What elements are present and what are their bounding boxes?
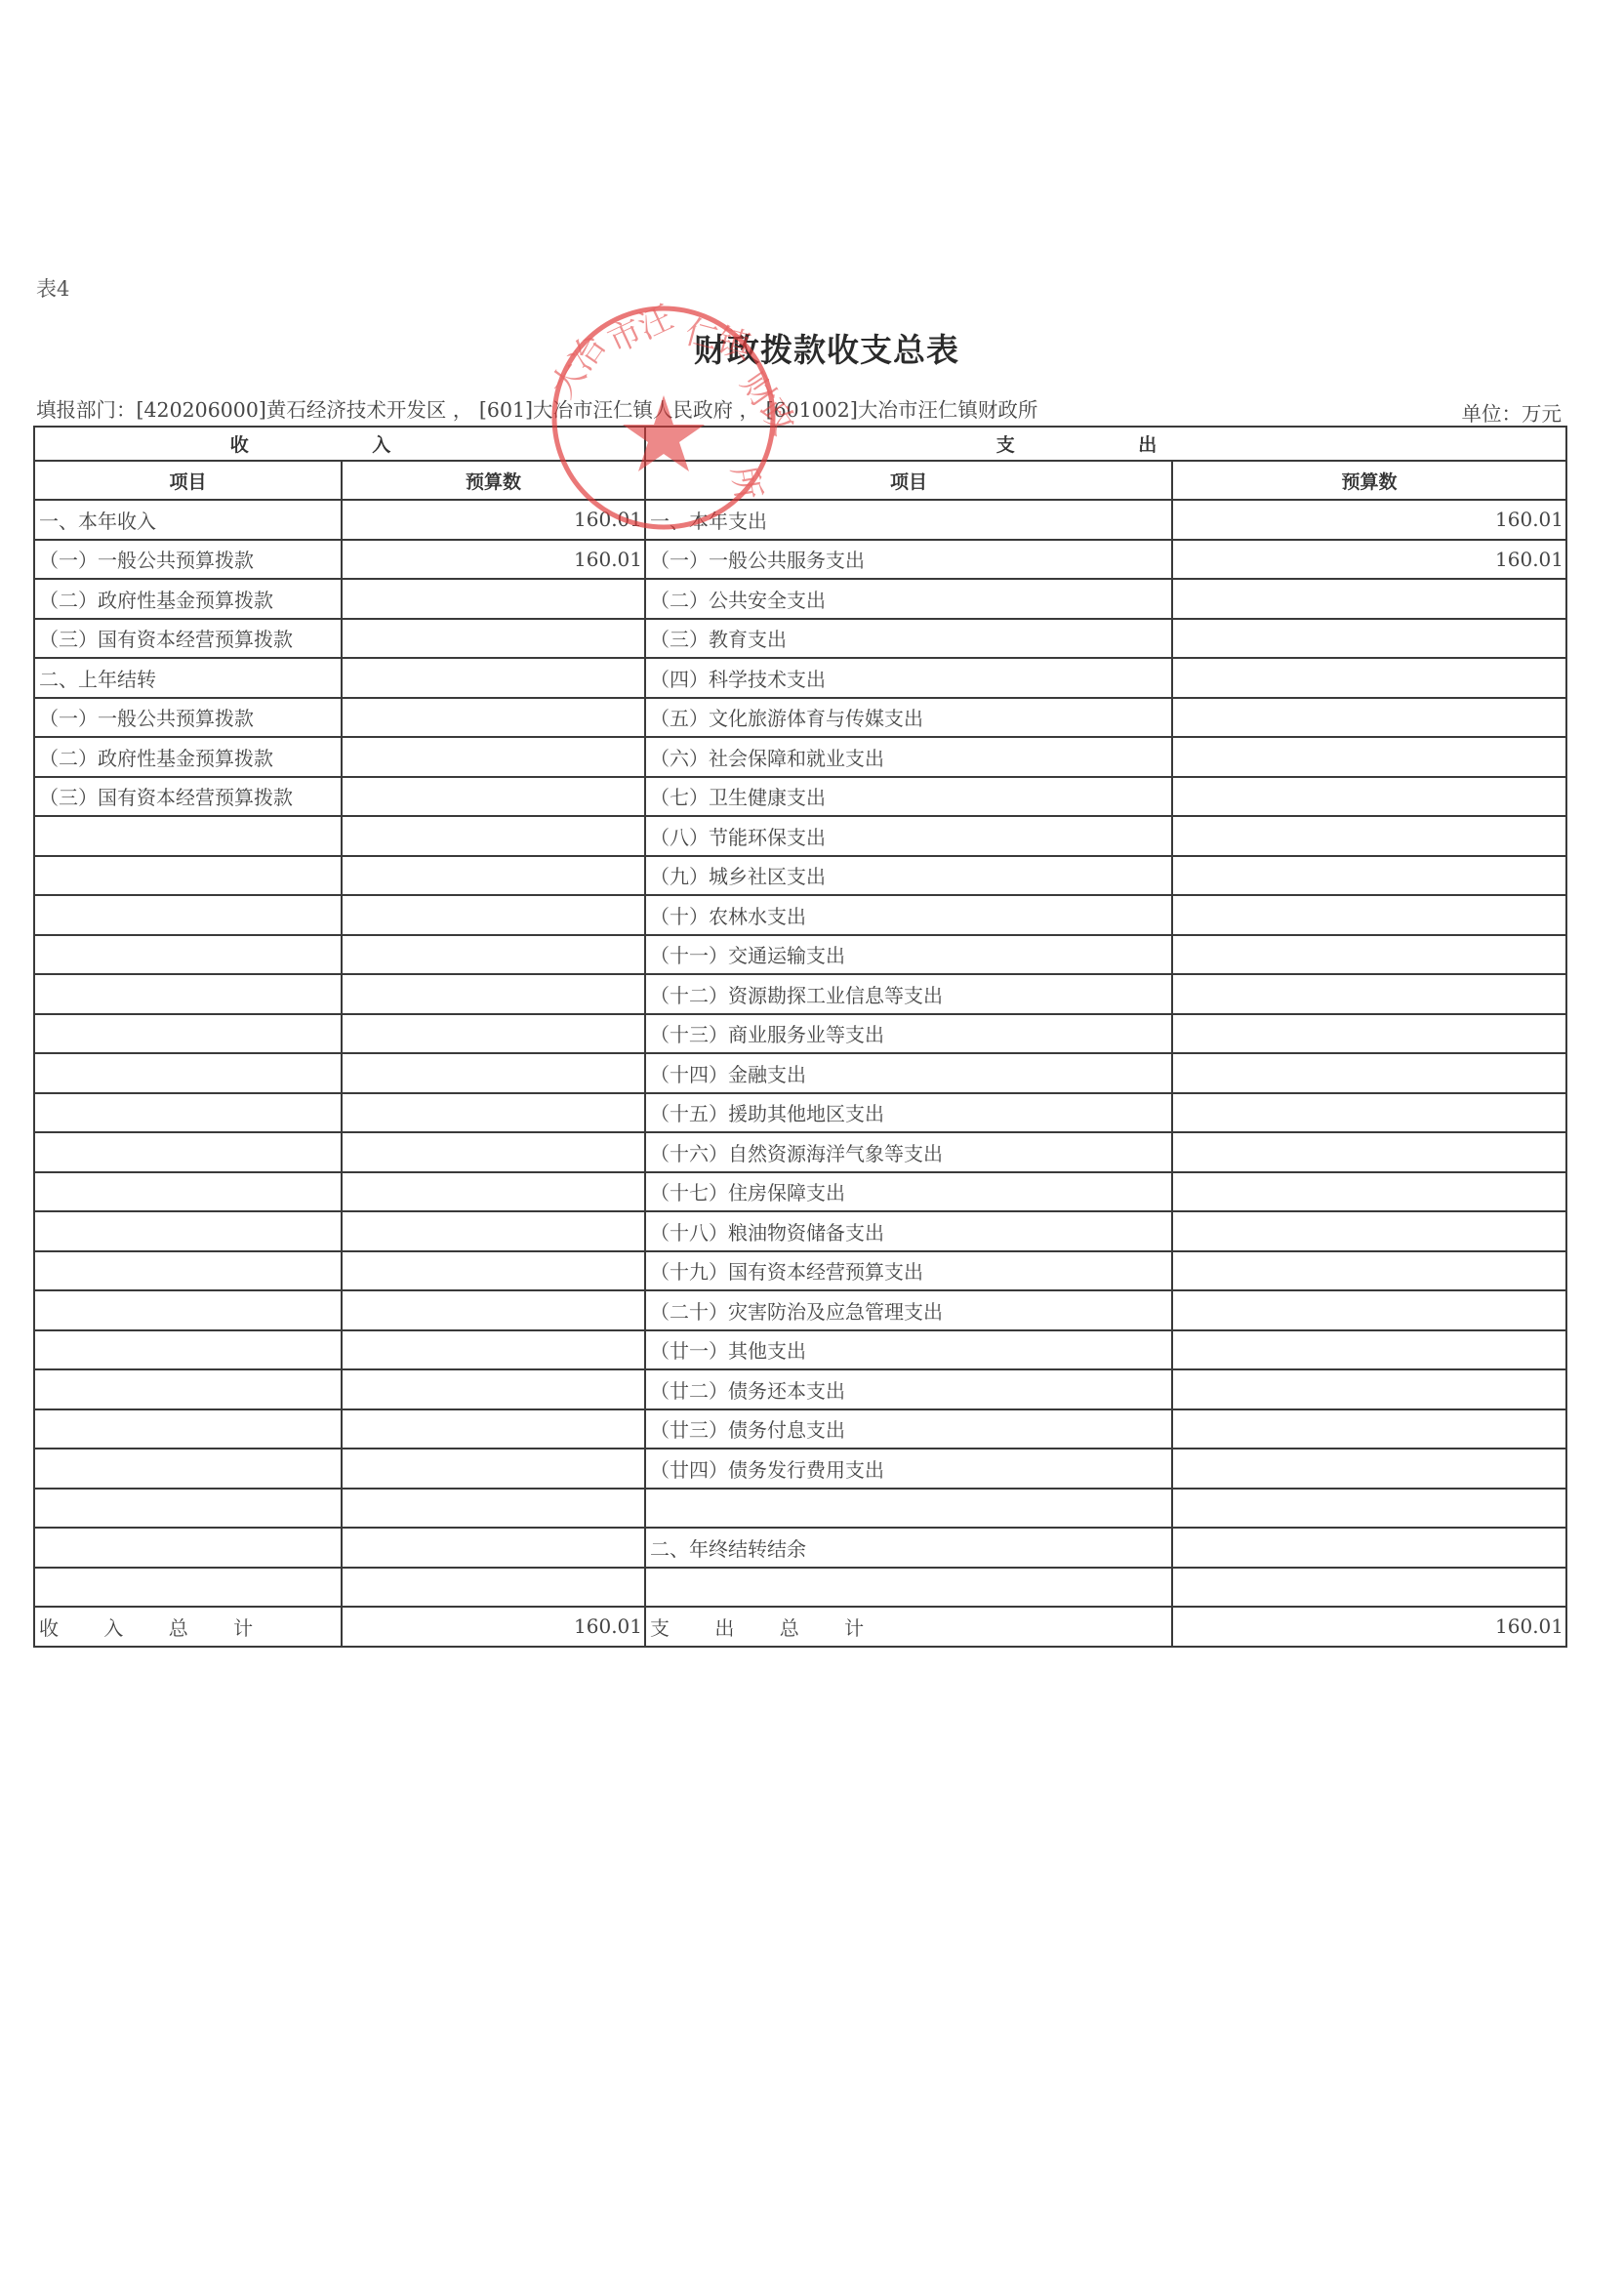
table-row: （十四）金融支出 — [34, 1053, 1566, 1093]
table-row: （十七）住房保障支出 — [34, 1172, 1566, 1212]
table-row: （十二）资源勘探工业信息等支出 — [34, 974, 1566, 1014]
income-item-cell: （二）政府性基金预算拨款 — [34, 737, 342, 777]
table-number: 表4 — [36, 273, 69, 303]
income-value-cell — [342, 619, 645, 659]
income-value-cell — [342, 1290, 645, 1330]
table-row: （二）政府性基金预算拨款（六）社会保障和就业支出 — [34, 737, 1566, 777]
expense-value-cell — [1172, 1489, 1566, 1529]
income-value-cell — [342, 1449, 645, 1489]
income-item-cell — [34, 1290, 342, 1330]
unit-label: 单位：万元 — [1462, 397, 1563, 427]
expense-value-cell — [1172, 698, 1566, 738]
expense-item-cell: （七）卫生健康支出 — [645, 777, 1172, 817]
expense-value-cell — [1172, 1014, 1566, 1054]
reporting-department: 填报部门：[420206000]黄石经济技术开发区 ， [601]大冶市汪仁镇人… — [36, 393, 1037, 423]
expense-item-cell: （二十）灾害防治及应急管理支出 — [645, 1290, 1172, 1330]
expense-value-cell — [1172, 1369, 1566, 1409]
expense-value-cell: 160.01 — [1172, 500, 1566, 540]
income-item-cell — [34, 856, 342, 896]
income-item-cell: （三）国有资本经营预算拨款 — [34, 777, 342, 817]
income-item-cell: 一、本年收入 — [34, 500, 342, 540]
table-row: （三）国有资本经营预算拨款（七）卫生健康支出 — [34, 777, 1566, 817]
income-value-cell — [342, 856, 645, 896]
expense-value-cell — [1172, 1449, 1566, 1489]
table-row: （十）农林水支出 — [34, 895, 1566, 935]
expense-item-cell — [645, 1489, 1172, 1529]
expense-item-cell: （十一）交通运输支出 — [645, 935, 1172, 975]
column-header-row: 项目 预算数 项目 预算数 — [34, 461, 1566, 500]
total-row: 收 入 总 计160.01支 出 总 计160.01 — [34, 1607, 1566, 1647]
expense-value-cell — [1172, 579, 1566, 619]
table-row — [34, 1489, 1566, 1529]
table-row: （廿四）债务发行费用支出 — [34, 1449, 1566, 1489]
expense-value-cell — [1172, 619, 1566, 659]
expense-value-cell — [1172, 1053, 1566, 1093]
income-value-cell — [342, 935, 645, 975]
income-value-cell — [342, 579, 645, 619]
expense-value-cell — [1172, 1251, 1566, 1291]
table-row: （廿一）其他支出 — [34, 1330, 1566, 1370]
table-row — [34, 1568, 1566, 1608]
expense-item-cell: （廿三）债务付息支出 — [645, 1409, 1172, 1449]
expense-total-label: 支 出 总 计 — [645, 1607, 1172, 1647]
income-value-cell — [342, 1369, 645, 1409]
table-row: 一、本年收入160.01一、本年支出160.01 — [34, 500, 1566, 540]
expense-item-cell: （十九）国有资本经营预算支出 — [645, 1251, 1172, 1291]
expense-item-cell: （六）社会保障和就业支出 — [645, 737, 1172, 777]
income-item-cell — [34, 1211, 342, 1251]
expense-section-header: 支 出 — [645, 427, 1566, 461]
expense-value-cell — [1172, 737, 1566, 777]
page-title: 财政拨款收支总表 — [0, 325, 1624, 371]
appropriation-summary-table: 收 入 支 出 项目 预算数 项目 预算数 一、本年收入160.01一、本年支出… — [33, 426, 1567, 1648]
income-value-cell — [342, 1132, 645, 1172]
income-item-cell: 二、上年结转 — [34, 658, 342, 698]
expense-item-cell: 二、年终结转结余 — [645, 1528, 1172, 1568]
table-row: （廿二）债务还本支出 — [34, 1369, 1566, 1409]
income-item-cell — [34, 1330, 342, 1370]
income-item-cell — [34, 1409, 342, 1449]
income-value-cell — [342, 1093, 645, 1133]
expense-value-cell — [1172, 1132, 1566, 1172]
income-value-cell: 160.01 — [342, 500, 645, 540]
expense-item-cell: （九）城乡社区支出 — [645, 856, 1172, 896]
expense-value-cell: 160.01 — [1172, 540, 1566, 580]
income-item-cell — [34, 935, 342, 975]
expense-value-cell — [1172, 816, 1566, 856]
income-budget-header: 预算数 — [342, 461, 645, 500]
expense-item-cell: （十二）资源勘探工业信息等支出 — [645, 974, 1172, 1014]
table-row: （二）政府性基金预算拨款（二）公共安全支出 — [34, 579, 1566, 619]
expense-value-cell — [1172, 1093, 1566, 1133]
income-value-cell — [342, 1251, 645, 1291]
expense-item-cell: （十七）住房保障支出 — [645, 1172, 1172, 1212]
income-item-header: 项目 — [34, 461, 342, 500]
expense-value-cell — [1172, 777, 1566, 817]
expense-value-cell — [1172, 1211, 1566, 1251]
expense-item-cell: （一）一般公共服务支出 — [645, 540, 1172, 580]
table-row: （一）一般公共预算拨款（五）文化旅游体育与传媒支出 — [34, 698, 1566, 738]
income-item-cell — [34, 1172, 342, 1212]
income-value-cell — [342, 1172, 645, 1212]
income-item-cell: （二）政府性基金预算拨款 — [34, 579, 342, 619]
table-row: 二、年终结转结余 — [34, 1528, 1566, 1568]
income-value-cell — [342, 1330, 645, 1370]
income-item-cell: （一）一般公共预算拨款 — [34, 540, 342, 580]
income-item-cell — [34, 1053, 342, 1093]
expense-item-cell: （廿四）债务发行费用支出 — [645, 1449, 1172, 1489]
expense-total-value: 160.01 — [1172, 1607, 1566, 1647]
table-row: （十一）交通运输支出 — [34, 935, 1566, 975]
expense-value-cell — [1172, 1568, 1566, 1608]
expense-value-cell — [1172, 658, 1566, 698]
expense-value-cell — [1172, 935, 1566, 975]
income-item-cell — [34, 1132, 342, 1172]
expense-item-cell: （十八）粮油物资储备支出 — [645, 1211, 1172, 1251]
expense-item-cell: （三）教育支出 — [645, 619, 1172, 659]
expense-value-cell — [1172, 895, 1566, 935]
expense-value-cell — [1172, 856, 1566, 896]
expense-value-cell — [1172, 1409, 1566, 1449]
income-value-cell — [342, 816, 645, 856]
expense-item-cell: （八）节能环保支出 — [645, 816, 1172, 856]
income-value-cell — [342, 1211, 645, 1251]
expense-item-cell: （廿一）其他支出 — [645, 1330, 1172, 1370]
income-item-cell — [34, 1568, 342, 1608]
expense-item-cell: （十四）金融支出 — [645, 1053, 1172, 1093]
table-row: （二十）灾害防治及应急管理支出 — [34, 1290, 1566, 1330]
table-row: （十八）粮油物资储备支出 — [34, 1211, 1566, 1251]
income-item-cell — [34, 1369, 342, 1409]
income-item-cell — [34, 1093, 342, 1133]
expense-value-cell — [1172, 1528, 1566, 1568]
income-item-cell — [34, 1251, 342, 1291]
income-item-cell — [34, 1449, 342, 1489]
income-item-cell — [34, 895, 342, 935]
expense-item-cell: （五）文化旅游体育与传媒支出 — [645, 698, 1172, 738]
income-value-cell — [342, 895, 645, 935]
income-item-cell: （一）一般公共预算拨款 — [34, 698, 342, 738]
table-row: （十九）国有资本经营预算支出 — [34, 1251, 1566, 1291]
expense-item-header: 项目 — [645, 461, 1172, 500]
income-item-cell — [34, 1528, 342, 1568]
expense-item-cell: （十六）自然资源海洋气象等支出 — [645, 1132, 1172, 1172]
income-value-cell — [342, 737, 645, 777]
expense-item-cell: （四）科学技术支出 — [645, 658, 1172, 698]
expense-budget-header: 预算数 — [1172, 461, 1566, 500]
income-total-value: 160.01 — [342, 1607, 645, 1647]
expense-value-cell — [1172, 1330, 1566, 1370]
table-row: 二、上年结转（四）科学技术支出 — [34, 658, 1566, 698]
income-value-cell — [342, 1014, 645, 1054]
income-value-cell — [342, 1568, 645, 1608]
table-row: （十五）援助其他地区支出 — [34, 1093, 1566, 1133]
income-section-header: 收 入 — [34, 427, 645, 461]
expense-item-cell: （十五）援助其他地区支出 — [645, 1093, 1172, 1133]
income-value-cell — [342, 974, 645, 1014]
expense-item-cell: （二）公共安全支出 — [645, 579, 1172, 619]
income-value-cell: 160.01 — [342, 540, 645, 580]
table-row: （廿三）债务付息支出 — [34, 1409, 1566, 1449]
expense-item-cell — [645, 1568, 1172, 1608]
section-header-row: 收 入 支 出 — [34, 427, 1566, 461]
income-value-cell — [342, 777, 645, 817]
expense-item-cell: 一、本年支出 — [645, 500, 1172, 540]
table-row: （八）节能环保支出 — [34, 816, 1566, 856]
expense-value-cell — [1172, 1172, 1566, 1212]
income-item-cell — [34, 974, 342, 1014]
income-value-cell — [342, 658, 645, 698]
table-row: （三）国有资本经营预算拨款（三）教育支出 — [34, 619, 1566, 659]
expense-value-cell — [1172, 1290, 1566, 1330]
expense-item-cell: （十）农林水支出 — [645, 895, 1172, 935]
income-item-cell: （三）国有资本经营预算拨款 — [34, 619, 342, 659]
table-row: （十三）商业服务业等支出 — [34, 1014, 1566, 1054]
table-row: （九）城乡社区支出 — [34, 856, 1566, 896]
expense-value-cell — [1172, 974, 1566, 1014]
table-row: （十六）自然资源海洋气象等支出 — [34, 1132, 1566, 1172]
income-value-cell — [342, 698, 645, 738]
income-item-cell — [34, 1489, 342, 1529]
income-item-cell — [34, 1014, 342, 1054]
income-value-cell — [342, 1528, 645, 1568]
income-value-cell — [342, 1409, 645, 1449]
table-row: （一）一般公共预算拨款160.01（一）一般公共服务支出160.01 — [34, 540, 1566, 580]
income-value-cell — [342, 1489, 645, 1529]
income-value-cell — [342, 1053, 645, 1093]
income-total-label: 收 入 总 计 — [34, 1607, 342, 1647]
expense-item-cell: （十三）商业服务业等支出 — [645, 1014, 1172, 1054]
income-item-cell — [34, 816, 342, 856]
expense-item-cell: （廿二）债务还本支出 — [645, 1369, 1172, 1409]
